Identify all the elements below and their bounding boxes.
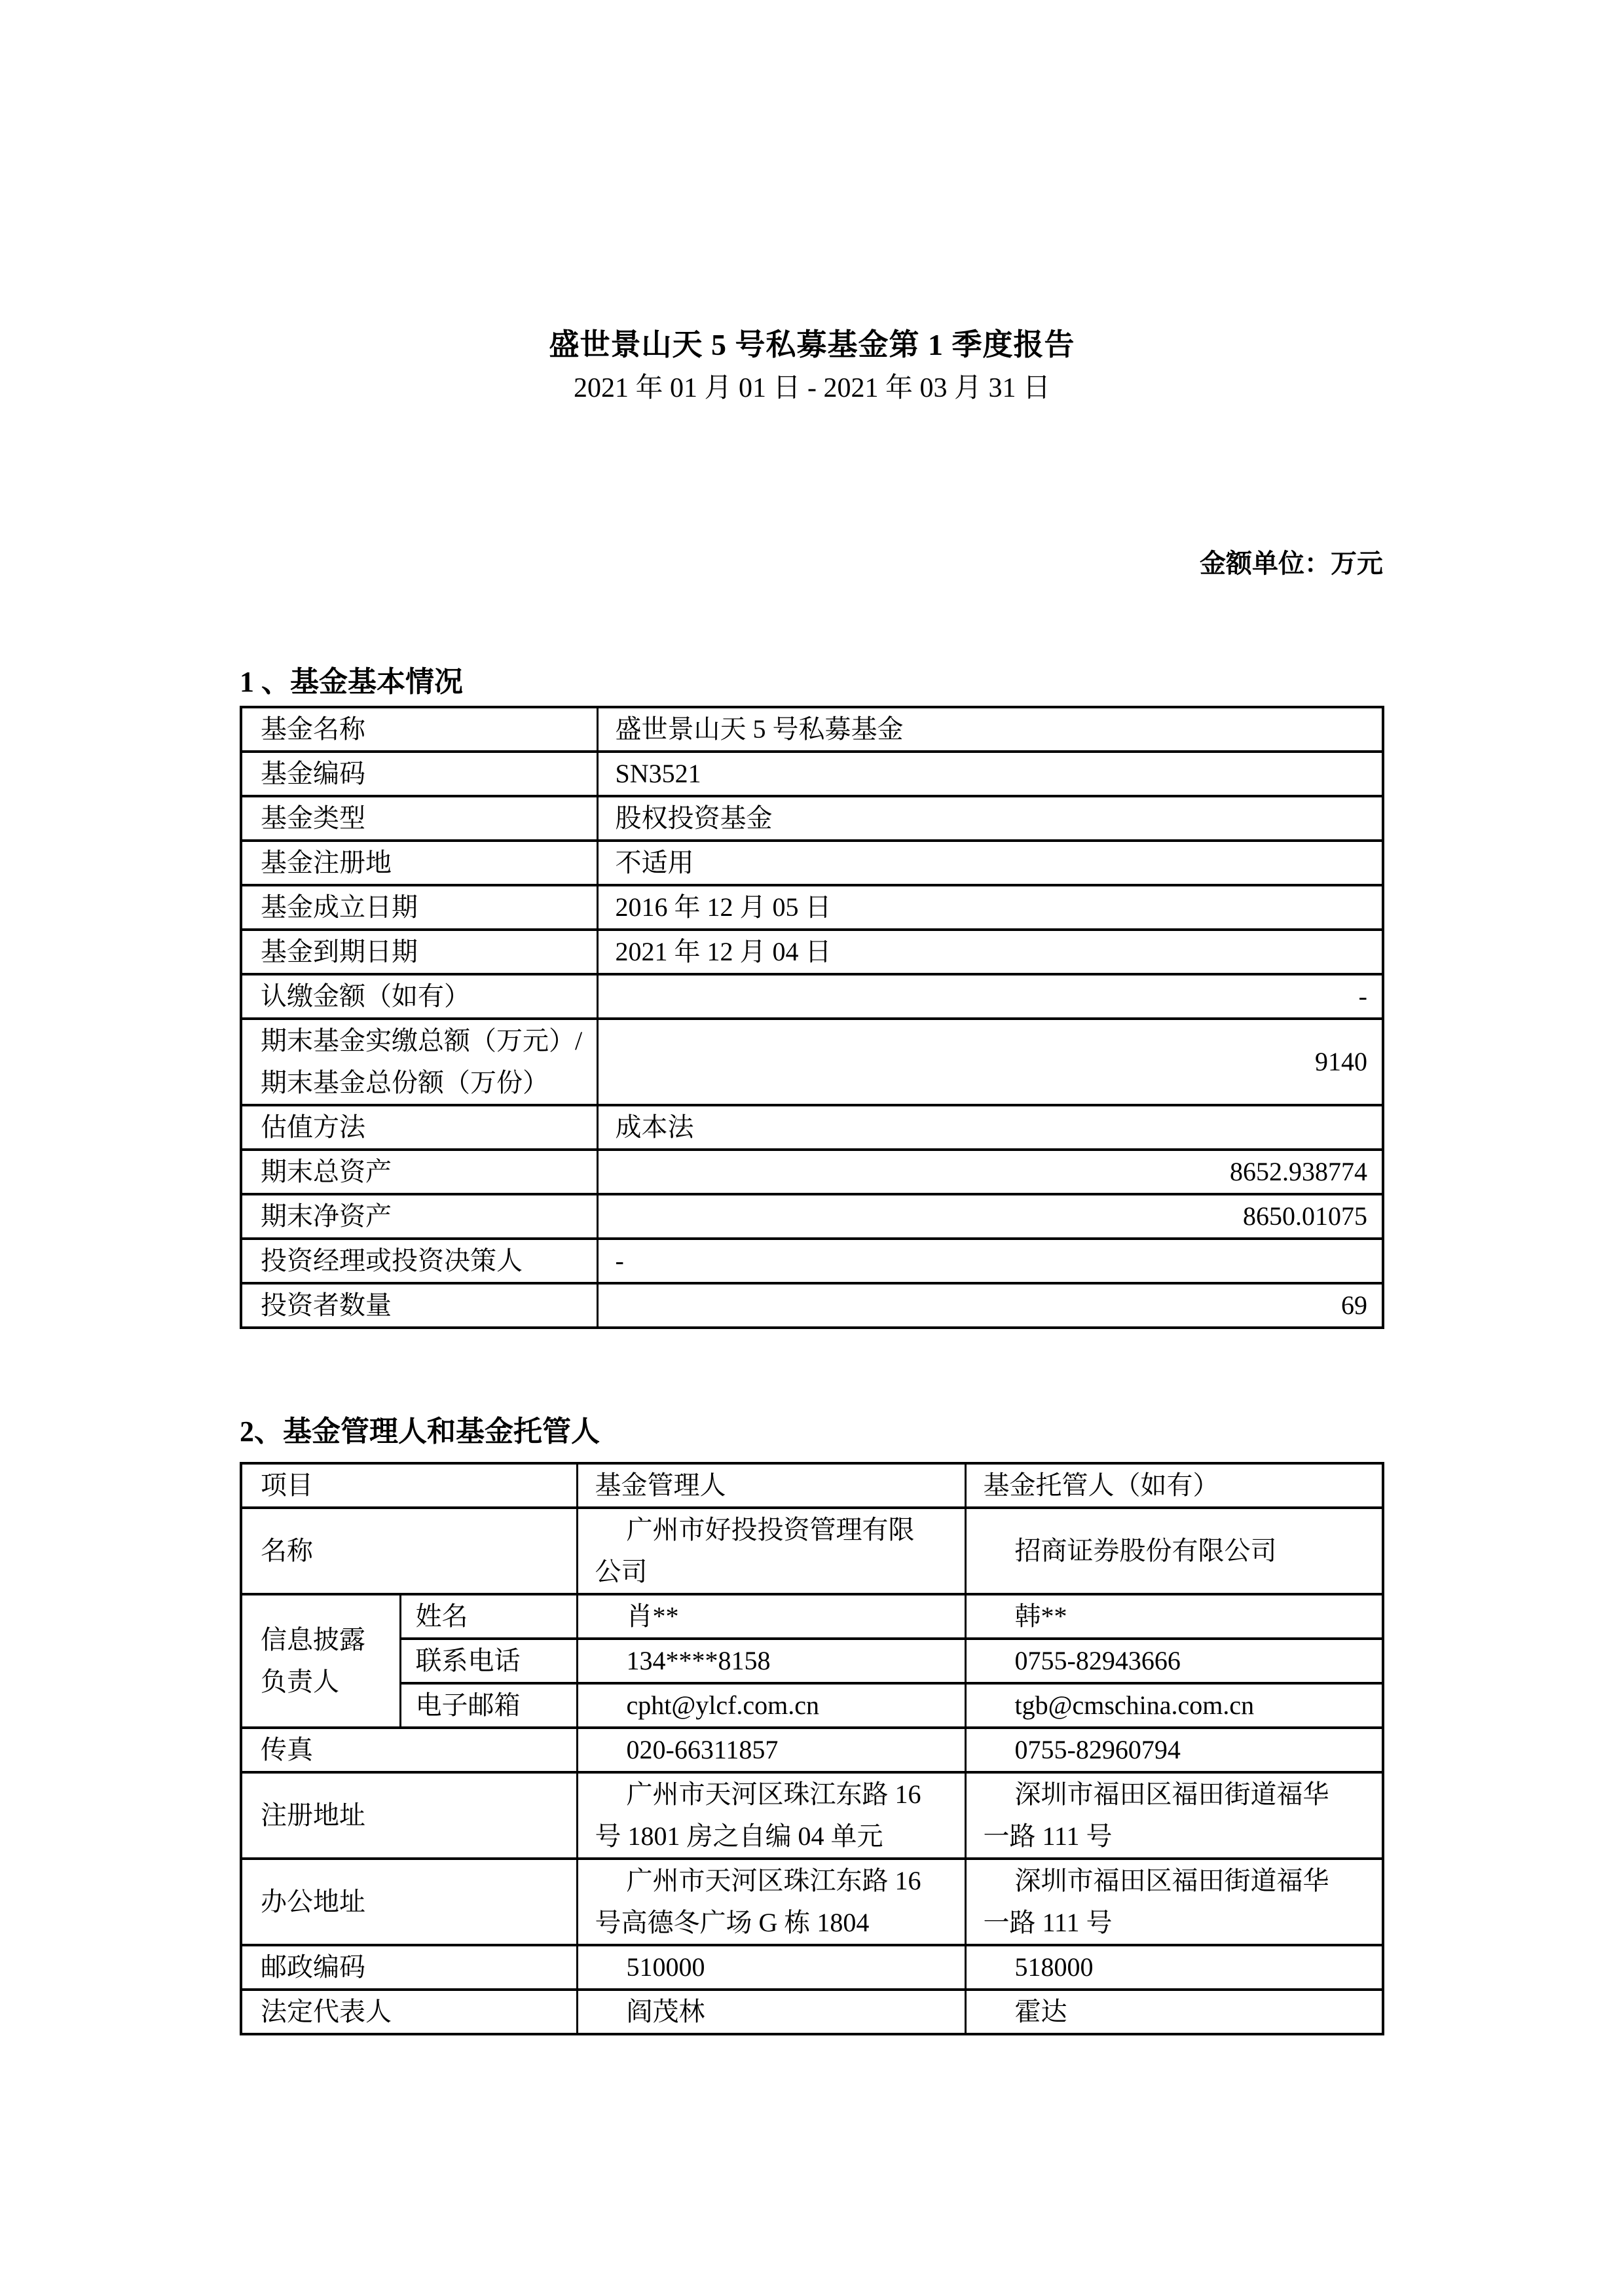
table-row: 名称 广州市好投投资管理有限公司 招商证券股份有限公司: [241, 1508, 1383, 1594]
amount-unit-note: 金额单位：万元: [0, 543, 1624, 584]
manager-value: cpht@ylcf.com.cn: [577, 1683, 965, 1728]
table-row: 基金名称 盛世景山天 5 号私募基金: [241, 707, 1383, 752]
table-row: 期末总资产 8652.938774: [241, 1150, 1383, 1194]
column-header-manager: 基金管理人: [577, 1463, 965, 1508]
manager-value: 510000: [577, 1945, 965, 1990]
row-value: 2016 年 12 月 05 日: [597, 885, 1383, 930]
table-row: 基金到期日期 2021 年 12 月 04 日: [241, 930, 1383, 974]
manager-value: 广州市好投投资管理有限公司: [577, 1508, 965, 1594]
table-row: 基金注册地 不适用: [241, 841, 1383, 885]
report-date-range: 2021 年 01 月 01 日 - 2021 年 03 月 31 日: [0, 367, 1624, 410]
section2-heading: 2、基金管理人和基金托管人: [240, 1411, 1624, 1453]
row-label: 名称: [241, 1508, 577, 1594]
manager-value: 肖**: [577, 1594, 965, 1639]
table-row: 基金编码 SN3521: [241, 752, 1383, 796]
report-page: { "page": { "title": "盛世景山天 5 号私募基金第 1 季…: [0, 0, 1624, 2296]
row-label: 期末净资产: [241, 1194, 597, 1239]
table-row: 联系电话 134****8158 0755-82943666: [241, 1639, 1383, 1683]
table-row: 期末净资产 8650.01075: [241, 1194, 1383, 1239]
row-value: -: [597, 1239, 1383, 1283]
table-row: 投资者数量 69: [241, 1283, 1383, 1328]
manager-value: 020-66311857: [577, 1728, 965, 1772]
row-label: 基金名称: [241, 707, 597, 752]
trustee-value: 深圳市福田区福田街道福华一路 111 号: [965, 1859, 1383, 1945]
table-row: 电子邮箱 cpht@ylcf.com.cn tgb@cmschina.com.c…: [241, 1683, 1383, 1728]
row-label: 基金编码: [241, 752, 597, 796]
trustee-value: 518000: [965, 1945, 1383, 1990]
row-label: 注册地址: [241, 1772, 577, 1859]
manager-value: 阎茂林: [577, 1990, 965, 2034]
section1-heading: 1 、基金基本情况: [240, 661, 1624, 703]
manager-value: 广州市天河区珠江东路 16 号 1801 房之自编 04 单元: [577, 1772, 965, 1859]
row-label: 电子邮箱: [400, 1683, 577, 1728]
trustee-value: 0755-82960794: [965, 1728, 1383, 1772]
row-label: 法定代表人: [241, 1990, 577, 2034]
row-label: 基金类型: [241, 796, 597, 841]
row-label: 联系电话: [400, 1639, 577, 1683]
table-row: 估值方法 成本法: [241, 1105, 1383, 1150]
row-value: 8652.938774: [597, 1150, 1383, 1194]
row-label: 基金到期日期: [241, 930, 597, 974]
table-row: 传真 020-66311857 0755-82960794: [241, 1728, 1383, 1772]
disclosure-group-label: 信息披露负责人: [241, 1594, 400, 1728]
table-row: 办公地址 广州市天河区珠江东路 16 号高德冬广场 G 栋 1804 深圳市福田…: [241, 1859, 1383, 1945]
table-row: 期末基金实缴总额（万元）/期末基金总份额（万份） 9140: [241, 1019, 1383, 1105]
row-value: SN3521: [597, 752, 1383, 796]
row-label: 姓名: [400, 1594, 577, 1639]
trustee-value: tgb@cmschina.com.cn: [965, 1683, 1383, 1728]
row-value: 9140: [597, 1019, 1383, 1105]
trustee-value: 招商证券股份有限公司: [965, 1508, 1383, 1594]
table-row: 基金类型 股权投资基金: [241, 796, 1383, 841]
table-header-row: 项目 基金管理人 基金托管人（如有）: [241, 1463, 1383, 1508]
column-header-trustee: 基金托管人（如有）: [965, 1463, 1383, 1508]
row-label: 投资者数量: [241, 1283, 597, 1328]
table-row: 投资经理或投资决策人 -: [241, 1239, 1383, 1283]
row-label: 办公地址: [241, 1859, 577, 1945]
row-label: 投资经理或投资决策人: [241, 1239, 597, 1283]
row-label: 邮政编码: [241, 1945, 577, 1990]
trustee-value: 韩**: [965, 1594, 1383, 1639]
row-value: -: [597, 974, 1383, 1019]
trustee-value: 深圳市福田区福田街道福华一路 111 号: [965, 1772, 1383, 1859]
trustee-value: 0755-82943666: [965, 1639, 1383, 1683]
table-row: 认缴金额（如有） -: [241, 974, 1383, 1019]
row-value: 2021 年 12 月 04 日: [597, 930, 1383, 974]
fund-basic-info-table: 基金名称 盛世景山天 5 号私募基金 基金编码 SN3521 基金类型 股权投资…: [240, 706, 1384, 1329]
row-label: 估值方法: [241, 1105, 597, 1150]
manager-trustee-table: 项目 基金管理人 基金托管人（如有） 名称 广州市好投投资管理有限公司 招商证券…: [240, 1462, 1384, 2035]
row-label: 传真: [241, 1728, 577, 1772]
row-value: 69: [597, 1283, 1383, 1328]
page-title: 盛世景山天 5 号私募基金第 1 季度报告: [0, 323, 1624, 367]
row-value: 盛世景山天 5 号私募基金: [597, 707, 1383, 752]
table-row: 法定代表人 阎茂林 霍达: [241, 1990, 1383, 2034]
column-header-item: 项目: [241, 1463, 577, 1508]
row-value: 股权投资基金: [597, 796, 1383, 841]
row-label: 期末基金实缴总额（万元）/期末基金总份额（万份）: [241, 1019, 597, 1105]
row-label: 基金注册地: [241, 841, 597, 885]
table-row: 邮政编码 510000 518000: [241, 1945, 1383, 1990]
row-value: 成本法: [597, 1105, 1383, 1150]
row-value: 不适用: [597, 841, 1383, 885]
manager-value: 广州市天河区珠江东路 16 号高德冬广场 G 栋 1804: [577, 1859, 965, 1945]
row-label: 基金成立日期: [241, 885, 597, 930]
manager-value: 134****8158: [577, 1639, 965, 1683]
row-label: 期末总资产: [241, 1150, 597, 1194]
table-row: 基金成立日期 2016 年 12 月 05 日: [241, 885, 1383, 930]
trustee-value: 霍达: [965, 1990, 1383, 2034]
row-value: 8650.01075: [597, 1194, 1383, 1239]
table-row: 注册地址 广州市天河区珠江东路 16 号 1801 房之自编 04 单元 深圳市…: [241, 1772, 1383, 1859]
table-row: 信息披露负责人 姓名 肖** 韩**: [241, 1594, 1383, 1639]
row-label: 认缴金额（如有）: [241, 974, 597, 1019]
